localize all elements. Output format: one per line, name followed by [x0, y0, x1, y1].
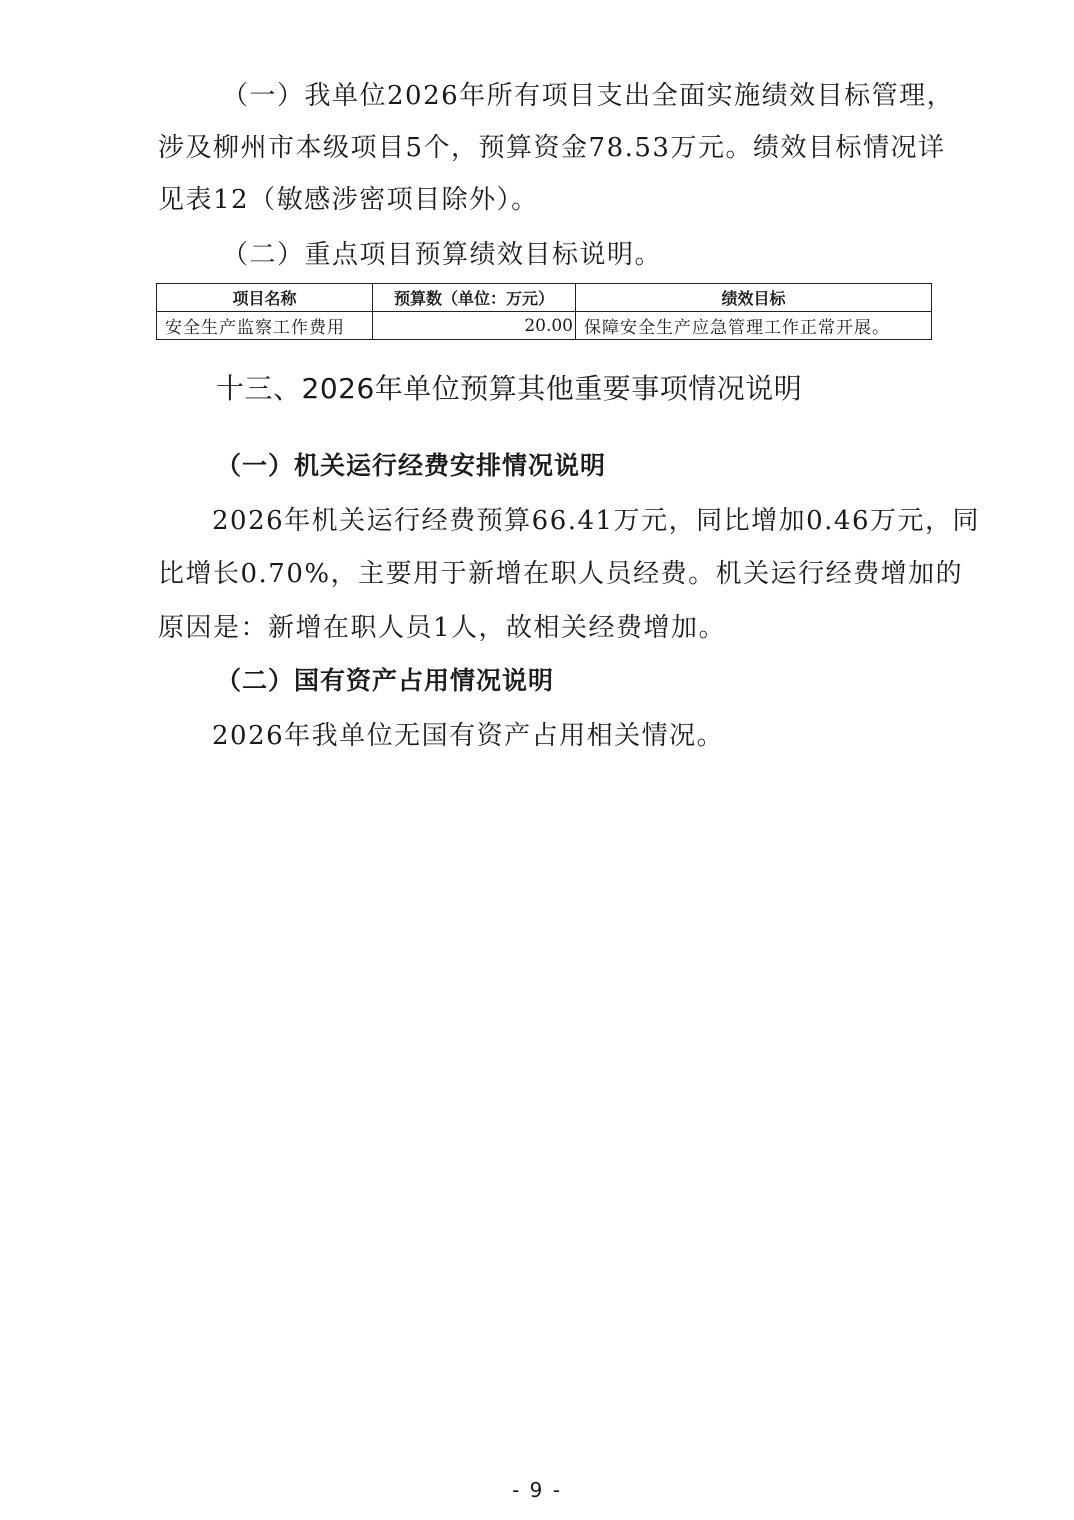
column-header-performance-goal: 绩效目标	[576, 284, 932, 312]
column-header-budget: 预算数（单位：万元）	[373, 284, 576, 312]
subsection-operating-costs-title: （一）机关运行经费安排情况说明	[216, 449, 606, 483]
page-number: - 9 -	[0, 1478, 1074, 1502]
paragraph-state-assets: 2026年我单位无国有资产占用相关情况。	[212, 719, 724, 753]
paragraph-operating-costs-line-1: 2026年机关运行经费预算66.41万元，同比增加0.46万元，同	[212, 504, 980, 538]
cell-performance-goal: 保障安全生产应急管理工作正常开展。	[576, 312, 932, 340]
subsection-state-assets-title: （二）国有资产占用情况说明	[216, 664, 554, 698]
paragraph-operating-costs-line-3: 原因是：新增在职人员1人，故相关经费增加。	[158, 611, 726, 645]
paragraph-performance-line-3: 见表12（敏感涉密项目除外）。	[158, 183, 539, 217]
paragraph-operating-costs-line-2: 比增长0.70%，主要用于新增在职人员经费。机关运行经费增加的	[158, 557, 963, 591]
column-header-project-name: 项目名称	[157, 284, 373, 312]
paragraph-performance-line-1: （一）我单位2026年所有项目支出全面实施绩效目标管理，	[222, 79, 954, 113]
cell-project-name: 安全生产监察工作费用	[157, 312, 373, 340]
cell-budget: 20.00	[373, 312, 576, 340]
document-page: （一）我单位2026年所有项目支出全面实施绩效目标管理， 涉及柳州市本级项目5个…	[0, 0, 1074, 1520]
table-header-row: 项目名称 预算数（单位：万元） 绩效目标	[157, 284, 932, 312]
paragraph-key-project-intro: （二）重点项目预算绩效目标说明。	[222, 238, 662, 272]
paragraph-performance-line-2: 涉及柳州市本级项目5个，预算资金78.53万元。绩效目标情况详	[158, 131, 945, 165]
table-row: 安全生产监察工作费用 20.00 保障安全生产应急管理工作正常开展。	[157, 312, 932, 340]
section-13-title: 十三、2026年单位预算其他重要事项情况说明	[216, 371, 802, 407]
key-project-table: 项目名称 预算数（单位：万元） 绩效目标 安全生产监察工作费用 20.00 保障…	[156, 283, 932, 340]
